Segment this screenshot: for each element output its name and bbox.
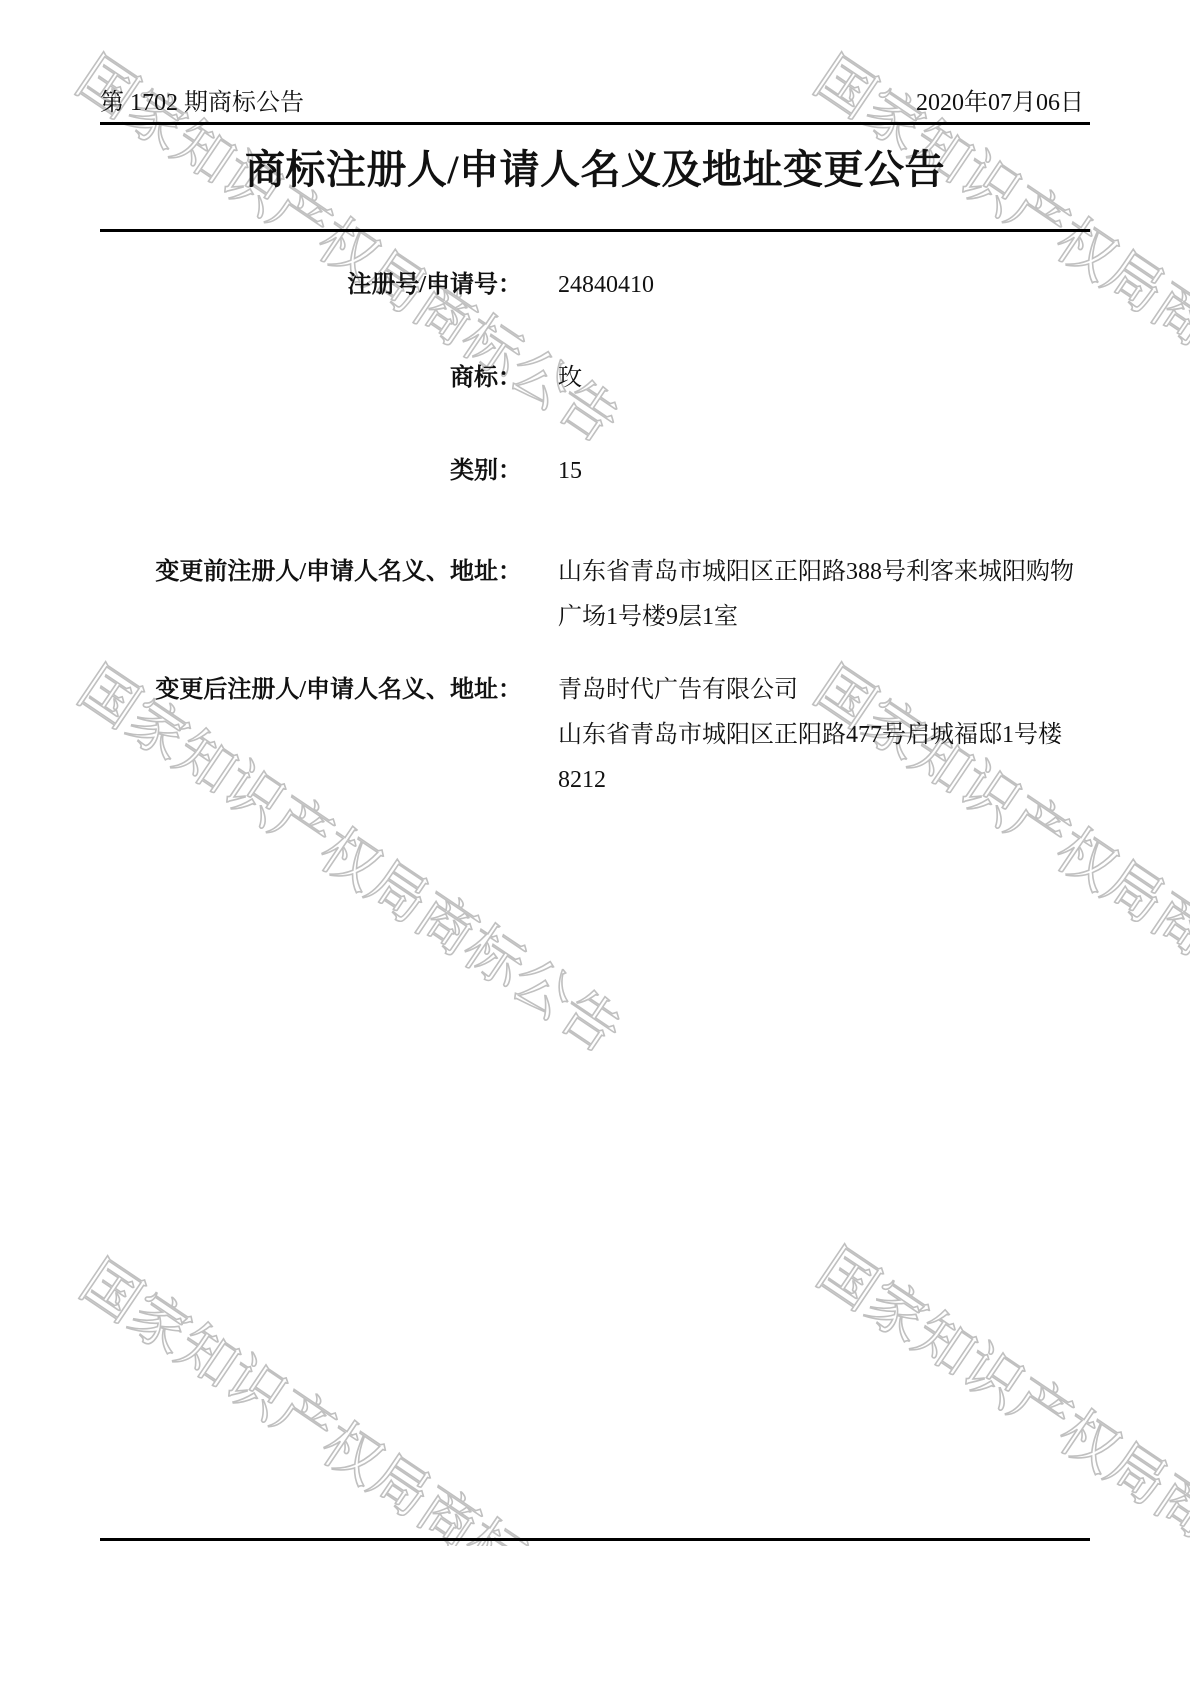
field-label: 变更后注册人/申请人名义、地址： (100, 668, 522, 713)
field-value: 24840410 (558, 263, 1090, 308)
header-rule (100, 122, 1090, 125)
page-title: 商标注册人/申请人名义及地址变更公告 (0, 146, 1190, 194)
value-line: 山东省青岛市城阳区正阳路388号利客来城阳购物 (558, 550, 1090, 595)
field-row-trademark: 商标： 玫 (100, 356, 1090, 401)
gazette-page: 国家知识产权局商标公告 国家知识产权局商标公告 国家知识产权局商标公告 国家知识… (0, 0, 1190, 1684)
gazette-issue-label: 第 1702 期商标公告 (100, 88, 304, 118)
value-line: 玫 (558, 356, 1090, 401)
title-rule (100, 229, 1090, 232)
page-content: 第 1702 期商标公告 2020年07月06日 商标注册人/申请人名义及地址变… (0, 0, 1190, 1684)
value-line: 8212 (558, 758, 1090, 803)
field-value: 山东省青岛市城阳区正阳路388号利客来城阳购物 广场1号楼9层1室 (558, 550, 1090, 640)
value-line: 青岛时代广告有限公司 (558, 668, 1090, 713)
value-line: 24840410 (558, 263, 1090, 308)
announcement-fields: 注册号/申请号： 24840410 商标： 玫 类别： 15 变更前注册人/申请… (100, 263, 1090, 803)
value-line: 15 (558, 449, 1090, 494)
field-value: 15 (558, 449, 1090, 494)
field-label: 变更前注册人/申请人名义、地址： (100, 550, 522, 595)
field-label: 类别： (100, 449, 522, 494)
value-line: 广场1号楼9层1室 (558, 595, 1090, 640)
field-value: 青岛时代广告有限公司 山东省青岛市城阳区正阳路477号启城福邸1号楼 8212 (558, 668, 1090, 803)
field-row-before-change: 变更前注册人/申请人名义、地址： 山东省青岛市城阳区正阳路388号利客来城阳购物… (100, 550, 1090, 640)
value-line: 山东省青岛市城阳区正阳路477号启城福邸1号楼 (558, 713, 1090, 758)
field-label: 商标： (100, 356, 522, 401)
page-header: 第 1702 期商标公告 2020年07月06日 (100, 88, 1090, 118)
field-label: 注册号/申请号： (100, 263, 522, 308)
field-row-after-change: 变更后注册人/申请人名义、地址： 青岛时代广告有限公司 山东省青岛市城阳区正阳路… (100, 668, 1090, 803)
bottom-rule (100, 1538, 1090, 1541)
gazette-date: 2020年07月06日 (916, 88, 1090, 118)
field-row-registration-number: 注册号/申请号： 24840410 (100, 263, 1090, 308)
field-row-class: 类别： 15 (100, 449, 1090, 494)
field-value: 玫 (558, 356, 1090, 401)
